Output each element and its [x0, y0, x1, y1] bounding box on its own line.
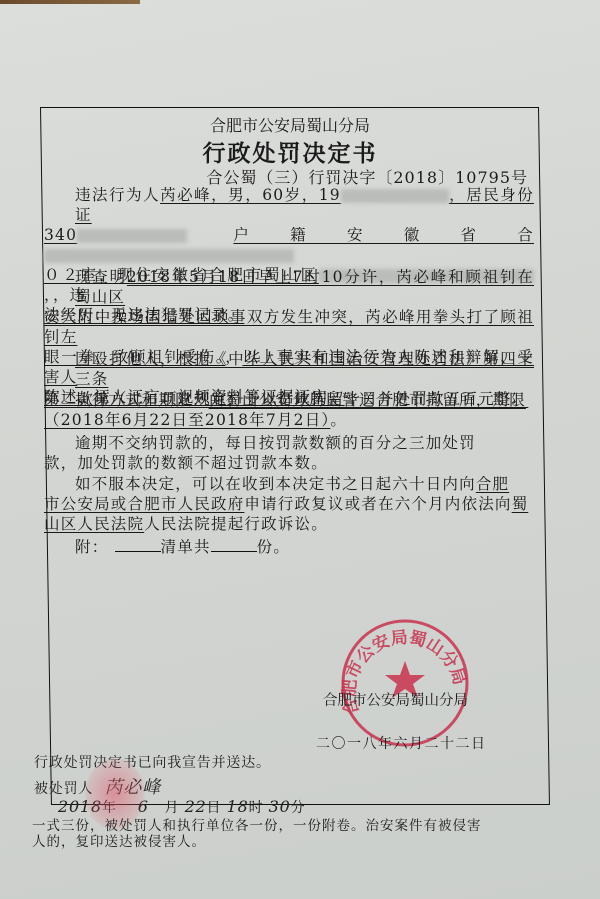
punctuation: 。	[330, 411, 347, 429]
appeal-authority: 市公安局或合肥市人民政府	[44, 495, 244, 513]
late-fee-section: 逾期不交纳罚款的，每日按罚款数额的百分之三加处罚 款，加处罚款的数额不超过罚款本…	[44, 433, 534, 473]
redacted-household	[44, 249, 294, 263]
execution-text: 由蜀山公安分局民警送合肥市拘留所，期限	[209, 391, 526, 409]
appeal-court: 山区人民法院	[44, 515, 144, 533]
appeal-court: 蜀	[512, 495, 529, 513]
violator-label: 违法行为人	[75, 186, 160, 204]
execution-section: 执行方式和期限：由蜀山公安分局民警送合肥市拘留所，期限 （2018年6月22日至…	[44, 390, 534, 430]
signing-agency: 合肥市公安局蜀山分局	[323, 689, 468, 710]
attachment-count-blank	[211, 550, 257, 552]
appeal-text: 人民法院提起行政诉讼。	[144, 515, 328, 533]
late-fee-text: 款，加处罚款的数额不超过罚款本数。	[44, 453, 534, 473]
unit-label: 月	[165, 800, 180, 816]
signing-date: 二〇一八年六月二十二日	[316, 733, 487, 753]
household-label: 户籍安徽省合	[233, 226, 534, 244]
redacted-birthdate	[341, 189, 449, 203]
late-fee-text: 逾期不交纳罚款的，每日按罚款数额的百分之三加处罚	[44, 433, 534, 453]
execution-label: 执行方式和期限：	[75, 391, 209, 409]
execution-period: （2018年6月22日至2018年7月2日）	[44, 411, 330, 429]
footer-line: 一式三份，被处罚人和执行单位各一份，一份附卷。治安案件有被侵害	[32, 818, 532, 834]
receipt-hour: 18	[227, 797, 249, 816]
id-prefix: 340	[44, 226, 77, 244]
unit-label: 时	[249, 800, 264, 816]
appeal-section: 如不服本决定，可以在收到本决定书之日起六十日内向合肥 市公安局或合肥市人民政府申…	[44, 474, 534, 534]
attachment-label: 附：	[75, 538, 108, 556]
official-seal-icon: 合肥市公安局蜀山分局	[339, 617, 471, 749]
decision-text: 因殴打他人，根据《中华人民共和国治安管理处罚法》第四十三条	[75, 350, 534, 388]
appeal-text: 申请行政复议或者在六个月内依法向	[244, 495, 511, 513]
violator-info: 芮必峰，男，60岁，19	[160, 186, 341, 204]
receipt-statement: 行政处罚决定书已向我宣告并送达。	[34, 752, 271, 772]
receipt-day: 22	[185, 797, 207, 816]
footer-note: 一式三份，被处罚人和执行单位各一份，一份附卷。治安案件有被侵害 人的，复印送达被…	[32, 818, 532, 850]
attachment-blank	[115, 550, 161, 552]
attachment-line: 附： 清单共份。	[44, 537, 534, 557]
receipt-minute: 30	[269, 797, 291, 816]
facts-lead: 现查明	[75, 268, 127, 286]
unit-label: 日	[207, 800, 222, 816]
redacted-id	[77, 229, 187, 243]
attachment-end: 份。	[257, 538, 290, 556]
facts-text: 安大附中操场围墙处因琐事双方发生冲突，芮必峰用拳头打了顾祖钊左	[44, 308, 534, 346]
facts-text: 2018年5月18日早上7时10分许，芮必峰和顾祖钊在蜀山区	[75, 268, 534, 306]
issuing-agency: 合肥市公安局蜀山分局	[44, 113, 536, 136]
appeal-text: 如不服本决定，可以在收到本决定书之日起六十日内向	[75, 475, 476, 493]
document-title: 行政处罚决定书	[44, 135, 536, 168]
attachment-mid: 清单共	[161, 538, 211, 556]
footer-line: 人的，复印送达被侵害人。	[32, 834, 532, 850]
background-edge	[0, 0, 140, 4]
unit-label: 分	[291, 800, 306, 816]
appeal-authority: 合肥	[476, 475, 509, 493]
